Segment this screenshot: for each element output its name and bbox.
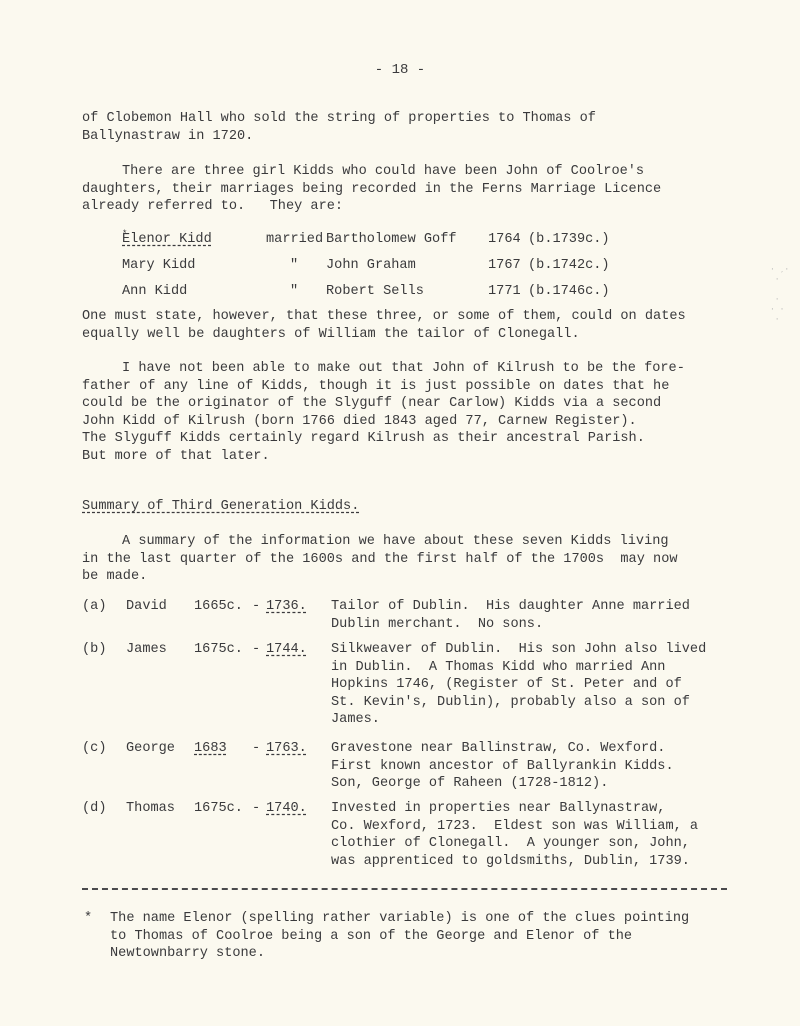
bride-name: Elenor Kidd* bbox=[122, 232, 127, 247]
birth-estimate: (b.1742c.) bbox=[528, 258, 610, 273]
bride-name: Ann Kidd bbox=[122, 284, 187, 299]
entry-died: 1740. bbox=[266, 800, 307, 818]
page-number: - 18 - bbox=[0, 62, 800, 78]
entry-dash: - bbox=[252, 641, 260, 659]
groom-name: Robert Sells bbox=[326, 284, 424, 299]
entry-died: 1736. bbox=[266, 598, 307, 616]
paragraph-kilrush: I have not been able to make out that Jo… bbox=[82, 360, 732, 465]
entry-born: 1683 bbox=[194, 740, 227, 758]
groom-name: Bartholomew Goff bbox=[326, 232, 457, 247]
entry-description: Gravestone near Ballinstraw, Co. Wexford… bbox=[331, 740, 771, 793]
entry-born: 1675c. bbox=[194, 641, 243, 659]
entry-label: (a) bbox=[82, 598, 106, 616]
paragraph-summary-intro: A summary of the information we have abo… bbox=[82, 533, 732, 586]
entry-born: 1665c. bbox=[194, 598, 243, 616]
paragraph-summary-intro-text: A summary of the information we have abo… bbox=[82, 534, 678, 584]
entry-name: George bbox=[126, 740, 175, 758]
marriage-year: 1764 bbox=[488, 232, 521, 247]
entry-name: James bbox=[126, 641, 167, 659]
ditto-mark: " bbox=[290, 258, 298, 273]
entry-died: 1763. bbox=[266, 740, 307, 758]
birth-estimate: (b.1746c.) bbox=[528, 284, 610, 299]
entry-label: (c) bbox=[82, 740, 106, 758]
paragraph-clobemon: of Clobemon Hall who sold the string of … bbox=[82, 110, 732, 145]
birth-estimate: (b.1739c.) bbox=[528, 232, 610, 247]
entry-label: (b) bbox=[82, 641, 106, 659]
entry-dash: - bbox=[252, 598, 260, 616]
paragraph-three-girls: There are three girl Kidds who could hav… bbox=[82, 163, 732, 216]
ditto-mark: " bbox=[290, 284, 298, 299]
entry-dash: - bbox=[252, 740, 260, 758]
paragraph-one-must-state: One must state, however, that these thre… bbox=[82, 308, 732, 343]
groom-name: John Graham bbox=[326, 258, 416, 273]
section-heading: Summary of Third Generation Kidds. bbox=[82, 498, 732, 516]
entry-name: Thomas bbox=[126, 800, 175, 818]
entry-description: Silkweaver of Dublin. His son John also … bbox=[331, 641, 771, 729]
footnote-divider bbox=[82, 888, 727, 890]
footnote-text: The name Elenor (spelling rather variabl… bbox=[110, 910, 740, 963]
margin-specks: · ˏ· · ·· · · bbox=[770, 265, 795, 335]
marriage-year: 1767 bbox=[488, 258, 521, 273]
entry-died: 1744. bbox=[266, 641, 307, 659]
entry-born: 1675c. bbox=[194, 800, 243, 818]
bride-name: Mary Kidd bbox=[122, 258, 195, 273]
paragraph-three-girls-text: There are three girl Kidds who could hav… bbox=[82, 164, 661, 214]
entry-description: Invested in properties near Ballynastraw… bbox=[331, 800, 771, 870]
marriage-row: Mary Kidd " John Graham 1767 (b.1742c.) bbox=[122, 258, 722, 276]
entry-description: Tailor of Dublin. His daughter Anne marr… bbox=[331, 598, 771, 633]
marriage-year: 1771 bbox=[488, 284, 521, 299]
footnote-mark: * bbox=[84, 910, 92, 928]
document-page: - 18 - of Clobemon Hall who sold the str… bbox=[0, 0, 800, 1026]
entry-name: David bbox=[126, 598, 167, 616]
marriage-row: Ann Kidd " Robert Sells 1771 (b.1746c.) bbox=[122, 284, 722, 302]
entry-label: (d) bbox=[82, 800, 106, 818]
marriage-row: Elenor Kidd* married Bartholomew Goff 17… bbox=[122, 232, 722, 250]
paragraph-kilrush-text: I have not been able to make out that Jo… bbox=[82, 361, 685, 464]
marriage-verb: married bbox=[266, 232, 323, 247]
entry-dash: - bbox=[252, 800, 260, 818]
